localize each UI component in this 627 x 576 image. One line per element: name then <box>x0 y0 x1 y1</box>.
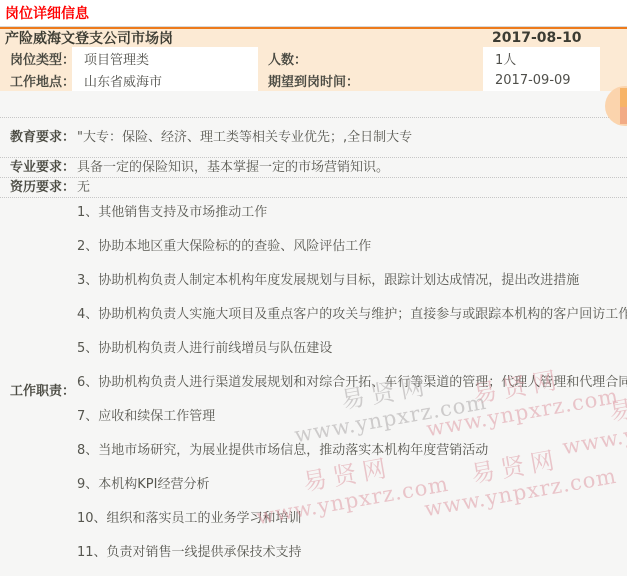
expected-start-label: 期望到岗时间： <box>258 69 483 91</box>
responsibility-item: 7、应收和续保工作管理 <box>77 410 627 424</box>
seniority-requirement-row: 资历要求： 无 <box>0 178 627 198</box>
responsibility-item: 4、协助机构负责人实施大项目及重点客户的攻关与维护；直接参与或跟踪本机构的客户回… <box>77 308 627 322</box>
position-type-value: 项目管理类 <box>72 47 258 69</box>
requirements-section: 教育要求： "大专：保险、经济、理工类等相关专业优先；,全日制大专 专业要求： … <box>0 117 627 576</box>
publish-date: 2017-08-10 <box>492 30 582 46</box>
responsibilities-list: 1、其他销售支持及市场推动工作 2、协助本地区重大保险标的的查验、风险评估工作 … <box>77 198 627 576</box>
seniority-value: 无 <box>77 180 90 195</box>
responsibility-item: 11、负责对销售一线提供承保技术支持 <box>77 546 627 560</box>
responsibility-item: 2、协助本地区重大保险标的的查验、风险评估工作 <box>77 240 627 254</box>
job-detail-page: 岗位详细信息 产险威海文登支公司市场岗 2017-08-10 岗位类型： 项目管… <box>0 0 627 576</box>
job-title: 产险威海文登支公司市场岗 <box>0 28 173 48</box>
location-value: 山东省威海市 <box>72 69 258 91</box>
floating-widget-circle-top-segment <box>620 88 627 107</box>
responsibility-item: 6、协助机构负责人进行渠道发展规划和对综合开拓、车行等渠道的管理；代理人管理和代… <box>77 376 627 390</box>
responsibility-item: 1、其他销售支持及市场推动工作 <box>77 206 627 220</box>
responsibilities-label: 工作职责： <box>0 380 77 399</box>
major-requirement-row: 专业要求： 具备一定的保险知识，基本掌握一定的市场营销知识。 <box>0 158 627 178</box>
position-type-label: 岗位类型： <box>0 47 72 69</box>
headcount-value: 1人 <box>483 47 600 69</box>
major-value: 具备一定的保险知识，基本掌握一定的市场营销知识。 <box>77 160 389 175</box>
headcount-label: 人数： <box>258 47 483 69</box>
responsibility-item: 5、协助机构负责人进行前线增员与队伍建设 <box>77 342 627 356</box>
page-title: 岗位详细信息 <box>5 3 89 23</box>
location-label: 工作地点： <box>0 69 72 91</box>
responsibility-item: 8、当地市场研究，为展业提供市场信息，推动落实本机构年度营销活动 <box>77 444 627 458</box>
header-right-strip <box>600 47 627 69</box>
education-label: 教育要求： <box>0 130 77 145</box>
job-title-row: 产险威海文登支公司市场岗 2017-08-10 <box>0 29 627 47</box>
responsibilities-row: 工作职责： 1、其他销售支持及市场推动工作 2、协助本地区重大保险标的的查验、风… <box>0 198 627 576</box>
expected-start-value: 2017-09-09 <box>483 69 600 91</box>
job-header: 产险威海文登支公司市场岗 2017-08-10 岗位类型： 项目管理类 人数： … <box>0 27 627 91</box>
education-value: "大专：保险、经济、理工类等相关专业优先；,全日制大专 <box>77 130 412 145</box>
job-fields-table: 岗位类型： 项目管理类 人数： 1人 工作地点： 山东省威海市 期望到岗时间： … <box>0 47 627 91</box>
floating-widget-circle[interactable] <box>605 86 627 126</box>
education-requirement-row: 教育要求： "大专：保险、经济、理工类等相关专业优先；,全日制大专 <box>0 118 627 158</box>
floating-widget-circle-bottom-segment <box>620 107 627 124</box>
major-label: 专业要求： <box>0 160 77 175</box>
responsibility-item: 9、本机构KPI经营分析 <box>77 478 627 492</box>
responsibility-item: 10、组织和落实员工的业务学习和培训 <box>77 512 627 526</box>
responsibility-item: 3、协助机构负责人制定本机构年度发展规划与目标，跟踪计划达成情况，提出改进措施 <box>77 274 627 288</box>
seniority-label: 资历要求： <box>0 180 77 195</box>
page-title-bar: 岗位详细信息 <box>0 0 627 27</box>
